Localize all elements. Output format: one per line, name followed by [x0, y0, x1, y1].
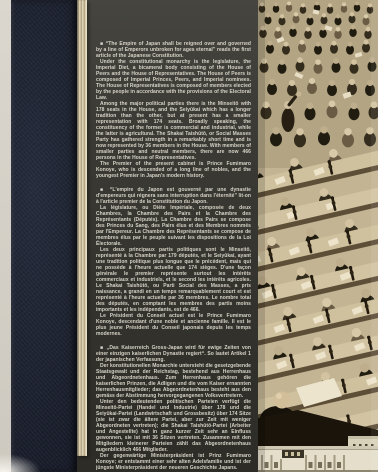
crowd-of-deputies: [258, 0, 378, 168]
paragraph: Among the major political parties there …: [96, 101, 251, 161]
paragraph: Unter den bedeutenden politischen Partei…: [96, 399, 251, 453]
diet-session-photo: [258, 0, 378, 472]
paragraph: Der gegenwärtige Ministerpräsident ist P…: [96, 453, 251, 471]
gutter-shadow: [258, 0, 265, 472]
paragraph: ■ „Das Kaiserreich Gross-Japan wird für …: [96, 345, 251, 363]
paragraph: Der konstitutionellen Monarchie unterste…: [96, 363, 251, 399]
edge-light-leak: [371, 0, 378, 472]
paragraph: La législature, ou Diète Impériale, comp…: [96, 205, 251, 247]
parliament-photo-illustration: [258, 0, 378, 472]
paragraph: The Premier of the present cabinet is Pr…: [96, 161, 251, 179]
printed-text-page: ■ “The Empire of Japan shall be reigned …: [77, 0, 258, 472]
paragraph: Under the constitutional monarchy is the…: [96, 59, 251, 101]
french-text-block: ■ “L'empire du Japon est gouverné par un…: [96, 187, 251, 337]
german-text-block: ■ „Das Kaiserreich Gross-Japan wird für …: [96, 345, 251, 471]
trilingual-text-column: ■ “The Empire of Japan shall be reigned …: [96, 41, 251, 472]
paragraph: ■ “The Empire of Japan shall be reigned …: [96, 41, 251, 59]
photographed-book-spread: ■ “The Empire of Japan shall be reigned …: [0, 0, 378, 472]
page-fore-edge: [77, 0, 87, 456]
english-text-block: ■ “The Empire of Japan shall be reigned …: [96, 41, 251, 179]
book-cover: [11, 0, 77, 472]
paragraph: ■ “L'empire du Japon est gouverné par un…: [96, 187, 251, 205]
paragraph: Le Président du Conseil actuel est le Pr…: [96, 313, 251, 337]
paragraph: Les deux principaux partis politiques so…: [96, 247, 251, 313]
